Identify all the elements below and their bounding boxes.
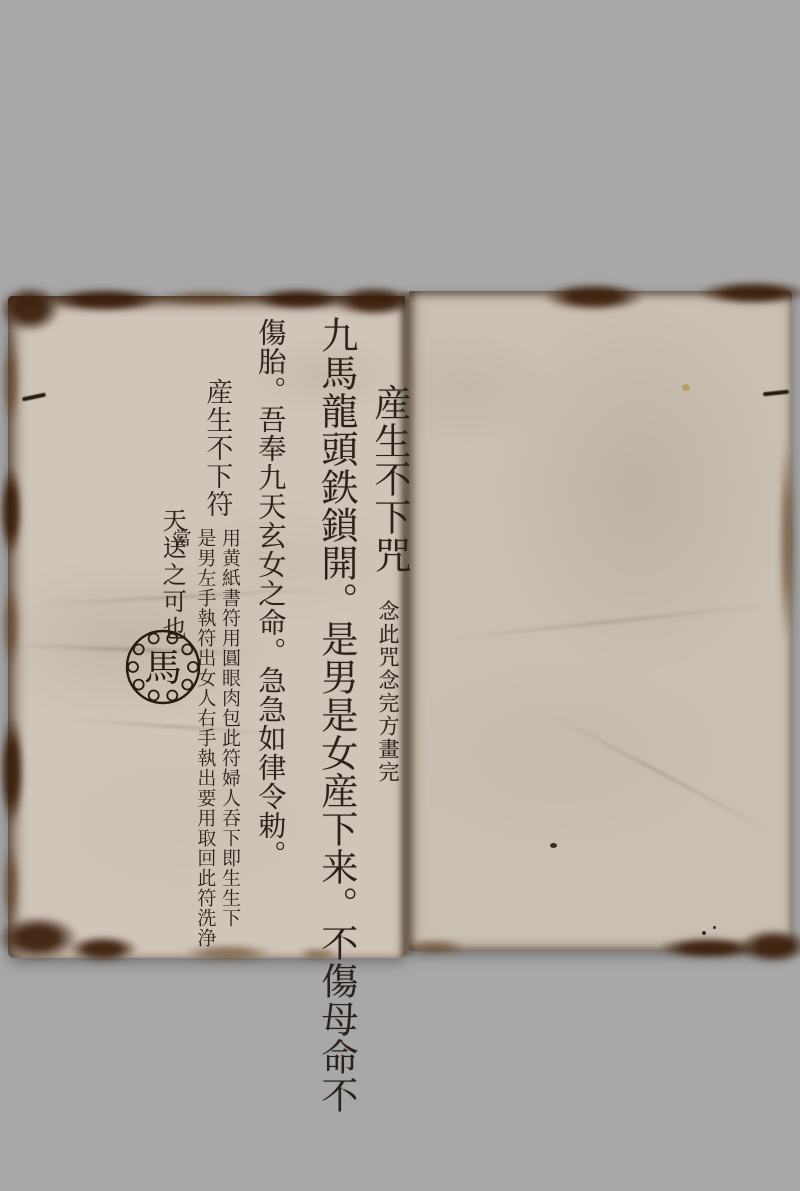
ink-speck <box>702 931 706 935</box>
burn-blotch <box>50 288 160 312</box>
burn-blotch <box>779 441 795 641</box>
burn-blotch <box>68 936 138 962</box>
talisman-instruction-tail: 天送之可也 <box>159 508 184 643</box>
chant-title-note: 念此咒念完方畫完 <box>377 600 399 784</box>
incantation-column-2: 傷胎。吾奉九天玄女之命。急急如律令勅。 <box>256 318 285 869</box>
burn-blotch <box>158 290 258 306</box>
paper-crease <box>544 710 775 834</box>
incantation-column-1: 九馬龍頭鉄鎖開。是男是女産下来。不傷母命不 <box>316 316 355 1114</box>
screenshot-canvas: 馬 産生不下咒 念此咒念完方畫完 九馬龍頭鉄鎖開。是男是女産下来。不傷母命不 傷… <box>0 0 800 1191</box>
burn-blotch <box>0 286 60 332</box>
paper-crease <box>450 604 768 639</box>
burn-blotch <box>699 281 800 305</box>
stain-speck <box>682 384 690 391</box>
burn-blotch <box>2 336 20 426</box>
ink-speck <box>713 926 716 929</box>
talisman-instruction-head: 産生不下符 <box>202 378 230 518</box>
burn-blotch <box>0 916 78 960</box>
ink-speck <box>550 843 557 848</box>
burn-blotch <box>739 929 800 963</box>
burn-blotch <box>254 288 344 310</box>
chant-title: 産生不下咒 <box>369 384 408 574</box>
burn-blotch <box>2 846 20 926</box>
burn-blotch <box>544 283 644 311</box>
margin-ink-mark <box>763 390 789 397</box>
instruction-note-right: 用黄紙書符用圓眼肉包此符婦人吞下即生生下 <box>217 528 242 958</box>
burn-blotch <box>2 586 20 666</box>
talisman-instruction-column: 産生不下符 用黄紙書符用圓眼肉包此符婦人吞下即生生下 是男左手執符出女人右手執出… <box>187 378 245 958</box>
margin-ink-mark <box>22 393 46 402</box>
burn-blotch <box>0 716 24 826</box>
right-page <box>409 291 792 951</box>
burn-blotch <box>0 466 22 556</box>
